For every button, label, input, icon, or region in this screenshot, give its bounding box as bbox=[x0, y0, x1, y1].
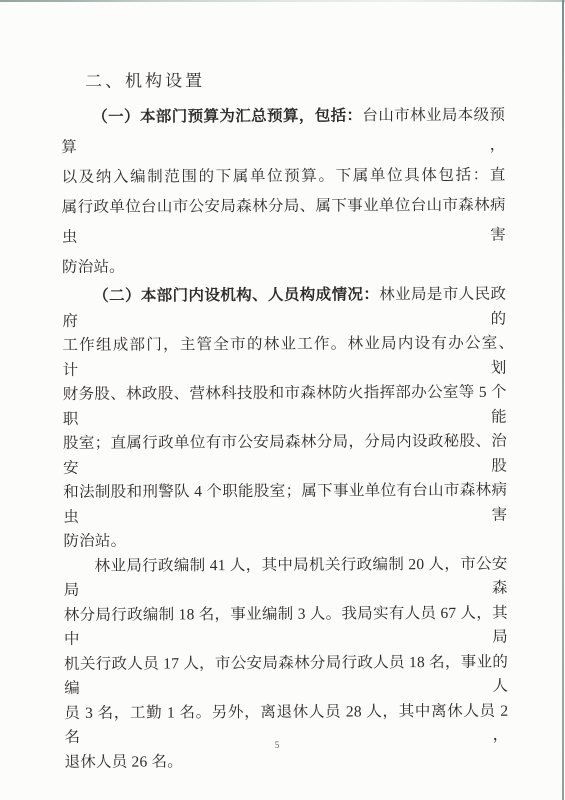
paragraph: 林业局行政编制 41 人，其中局机关行政编制 20 人，市公安局森林分局行政编制… bbox=[64, 552, 509, 775]
paragraph-line: 防治站。 bbox=[62, 251, 506, 283]
text-segment: 属行政单位台山市公安局森林分局、属下事业单位台山市森林病虫害 bbox=[62, 197, 506, 246]
text-segment: 工作组成部门，主管全市的林业工作。林业局内设有办公室、 计划 bbox=[62, 335, 522, 379]
text-segment: 林业局行政编制 41 人，其中局机关行政编制 20 人，市公安局森 bbox=[64, 555, 508, 599]
paragraph-line: 和法制股和刑警队 4 个职能股室；属下事业单位有台山市森林病虫害 bbox=[63, 479, 507, 530]
paragraph-line: 工作组成部门，主管全市的林业工作。林业局内设有办公室、 计划 bbox=[62, 332, 506, 383]
paragraph-line: 机关行政人员 17 人，市公安局森林分局行政人员 18 名，事业的编人 bbox=[64, 650, 508, 701]
text-segment: 以及纳入编制范围的下属单位预算。下属单位具体包括：直 bbox=[62, 167, 506, 186]
paragraph-line: （一）本部门预算为汇总预算，包括：台山市林业局本级预算， bbox=[61, 101, 505, 163]
page-number: 5 bbox=[275, 740, 280, 750]
text-segment: 员 3 名，工勤 1 名。另外，离退休人员 28 人，其中离休人员 2 名， bbox=[64, 702, 508, 746]
paragraph-line: 林分局行政编制 18 名，事业编制 3 人。我局实有人员 67 人，其中局 bbox=[64, 601, 508, 652]
text-segment: 防治站。 bbox=[63, 533, 126, 550]
text-segment: 林分局行政编制 18 名，事业编制 3 人。我局实有人员 67 人，其中局 bbox=[64, 604, 508, 648]
bold-text-segment: （二）本部门内设机构、人员构成情况： bbox=[93, 286, 379, 304]
paragraph: （二）本部门内设机构、人员构成情况：林业局是市人民政府的工作组成部门，主管全市的… bbox=[62, 283, 507, 555]
text-segment: 股室；直属行政单位有市公安局森林分局，分局内设政秘股、治安股 bbox=[63, 433, 507, 477]
text-segment: 和法制股和刑警队 4 个职能股室；属下事业单位有台山市森林病虫害 bbox=[63, 482, 507, 526]
document-content: 二、机构设置 （一）本部门预算为汇总预算，包括：台山市林业局本级预算，以及纳入编… bbox=[61, 68, 509, 775]
paragraph-line: 以及纳入编制范围的下属单位预算。下属单位具体包括：直 bbox=[61, 161, 505, 193]
document-body: （一）本部门预算为汇总预算，包括：台山市林业局本级预算，以及纳入编制范围的下属单… bbox=[61, 101, 509, 775]
section-heading: 二、机构设置 bbox=[85, 68, 505, 94]
scan-edge-top bbox=[0, 0, 565, 2]
text-segment: 机关行政人员 17 人，市公安局森林分局行政人员 18 名，事业的编人 bbox=[64, 653, 508, 697]
scan-edge-right bbox=[562, 0, 564, 800]
paragraph-line: 股室；直属行政单位有市公安局森林分局，分局内设政秘股、治安股 bbox=[63, 430, 507, 481]
paragraph-line: 防治站。 bbox=[63, 528, 507, 555]
paragraph-line: 林业局行政编制 41 人，其中局机关行政编制 20 人，市公安局森 bbox=[64, 552, 508, 603]
paragraph-line: 财务股、林政股、营林科技股和市森林防火指挥部办公室等 5 个职能 bbox=[63, 381, 507, 432]
paragraph-line: 退休人员 26 名。 bbox=[65, 748, 509, 775]
document-page: 二、机构设置 （一）本部门预算为汇总预算，包括：台山市林业局本级预算，以及纳入编… bbox=[0, 0, 565, 800]
paragraph-line: （二）本部门内设机构、人员构成情况：林业局是市人民政府的 bbox=[62, 283, 506, 334]
text-segment: 防治站。 bbox=[62, 259, 125, 276]
paragraph: （一）本部门预算为汇总预算，包括：台山市林业局本级预算，以及纳入编制范围的下属单… bbox=[61, 101, 506, 283]
text-segment: 财务股、林政股、营林科技股和市森林防火指挥部办公室等 5 个职能 bbox=[63, 384, 507, 428]
bold-text-segment: （一）本部门预算为汇总预算，包括： bbox=[92, 107, 362, 125]
text-segment: 退休人员 26 名。 bbox=[65, 753, 183, 771]
paragraph-line: 员 3 名，工勤 1 名。另外，离退休人员 28 人，其中离休人员 2 名， bbox=[64, 699, 508, 750]
paragraph-line: 属行政单位台山市公安局森林分局、属下事业单位台山市森林病虫害 bbox=[62, 191, 506, 253]
